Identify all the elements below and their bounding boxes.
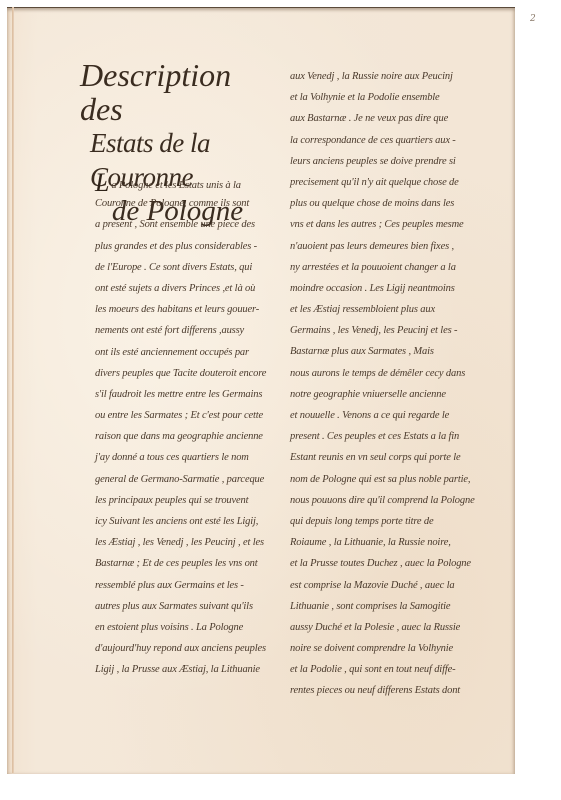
text-line: les moeurs des habitans et leurs gouuer- xyxy=(95,299,285,320)
text-line: icy Suivant les anciens ont esté les Lig… xyxy=(95,511,285,532)
title-line-1: Description des xyxy=(80,58,265,126)
text-line: Lithuanie , sont comprises la Samogitie xyxy=(290,596,490,617)
text-line: nom de Pologne qui est sa plus noble par… xyxy=(290,469,490,490)
text-line: Ligij , la Prusse aux Æstiaj, la Lithuan… xyxy=(95,659,285,680)
left-column-text: La Pologne et les Estats unis à la Couro… xyxy=(95,172,285,681)
text-line: divers peuples que Tacite douteroit enco… xyxy=(95,363,285,384)
text-line: Bastarnæ ; Et de ces peuples les vns ont xyxy=(95,553,285,574)
text-line: autres plus aux Sarmates suivant qu'ils xyxy=(95,596,285,617)
text-line: ont ils esté anciennement occupés par xyxy=(95,342,285,363)
text-line: ny arrestées et la pouuoient changer a l… xyxy=(290,257,490,278)
text-line: et la Prusse toutes Duchez , auec la Pol… xyxy=(290,553,490,574)
text-line: et les Æstiaj ressembloient plus aux xyxy=(290,299,490,320)
text-line: Bastarnæ plus aux Sarmates , Mais xyxy=(290,341,490,362)
text-line: leurs anciens peuples se doive prendre s… xyxy=(290,151,490,172)
text-line: ressemblé plus aux Germains et les - xyxy=(95,575,285,596)
text-line: n'auoient pas leurs demeures bien fixes … xyxy=(290,236,490,257)
text-line: qui depuis long temps porte titre de xyxy=(290,511,490,532)
text-line: Germains , les Venedj, les Peucinj et le… xyxy=(290,320,490,341)
page-gutter xyxy=(12,7,14,773)
text-line: et la Podolie , qui sont en tout neuf di… xyxy=(290,659,490,680)
text-line: d'aujourd'huy repond aux anciens peuples xyxy=(95,638,285,659)
text-line: noire se doivent comprendre la Volhynie xyxy=(290,638,490,659)
text-line: Couronne de Pologne, comme ils sont xyxy=(95,193,285,214)
text-line: plus ou quelque chose de moins dans les xyxy=(290,193,490,214)
text-line: Roiaume , la Lithuanie, la Russie noire, xyxy=(290,532,490,553)
text-line: nous pouuons dire qu'il comprend la Polo… xyxy=(290,490,490,511)
text-line: raison que dans ma geographie ancienne xyxy=(95,426,285,447)
page-number: 2 xyxy=(530,14,536,24)
text-line: ou entre les Sarmates ; Et c'est pour ce… xyxy=(95,405,285,426)
text-line: nous aurons le temps de démêler cecy dan… xyxy=(290,363,490,384)
text-line: notre geographie vniuerselle ancienne xyxy=(290,384,490,405)
text-line: les Æstiaj , les Venedj , les Peucinj , … xyxy=(95,532,285,553)
text-line: de l'Europe . Ce sont divers Estats, qui xyxy=(95,257,285,278)
text-line: aussy Duché et la Polesie , auec la Russ… xyxy=(290,617,490,638)
text-line: est comprise la Mazovie Duché , auec la xyxy=(290,575,490,596)
text-line: rentes pieces ou neuf differens Estats d… xyxy=(290,680,490,701)
text-line: et nouuelle . Venons a ce qui regarde le xyxy=(290,405,490,426)
text-line: s'il faudroit les mettre entre les Germa… xyxy=(95,384,285,405)
text-line: ont esté sujets a divers Princes ,et là … xyxy=(95,278,285,299)
text-line: general de Germano-Sarmatie , parceque xyxy=(95,469,285,490)
right-column-text: aux Venedj , la Russie noire aux Peucinj… xyxy=(290,66,490,702)
text-line: a present , Sont ensemble une piece des xyxy=(95,214,285,235)
text-line: aux Bastarnæ . Je ne veux pas dire que xyxy=(290,108,490,129)
text-line: Estant reunis en vn seul corps qui porte… xyxy=(290,447,490,468)
text-line: en estoient plus voisins . La Pologne xyxy=(95,617,285,638)
text-line: aux Venedj , la Russie noire aux Peucinj xyxy=(290,66,490,87)
text-line: precisement qu'il n'y ait quelque chose … xyxy=(290,172,490,193)
text-line: nements ont esté fort differens ,aussy xyxy=(95,320,285,341)
text-line: plus grandes et des plus considerables - xyxy=(95,236,285,257)
text-line: moindre occasion . Les Ligij neantmoins xyxy=(290,278,490,299)
text-line: vns et dans les autres ; Ces peuples mes… xyxy=(290,214,490,235)
text-line: present . Ces peuples et ces Estats a la… xyxy=(290,426,490,447)
text-line: la correspondance de ces quartiers aux - xyxy=(290,130,490,151)
text-line: et la Volhynie et la Podolie ensemble xyxy=(290,87,490,108)
text-line: j'ay donné a tous ces quartiers le nom xyxy=(95,447,285,468)
text-line: les principaux peuples qui se trouvent xyxy=(95,490,285,511)
text-line: La Pologne et les Estats unis à la xyxy=(95,172,285,193)
